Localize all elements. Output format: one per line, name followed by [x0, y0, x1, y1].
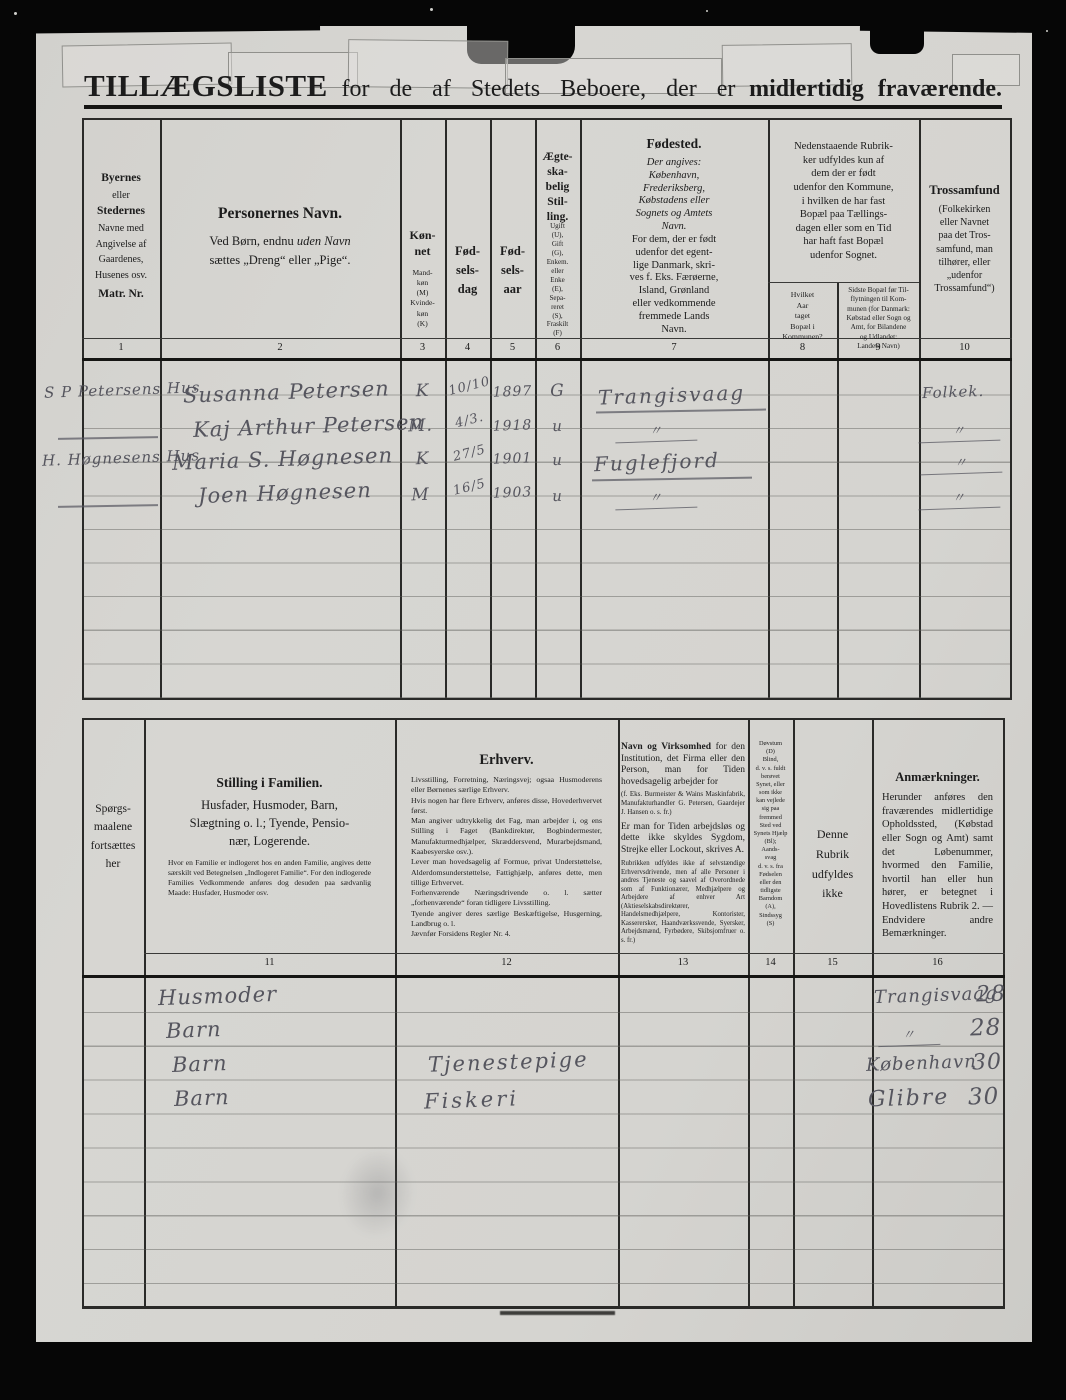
title-tail: midlertidig fraværende.: [749, 76, 1002, 103]
ruled-lines: [84, 362, 1010, 698]
entry-position: Barn: [166, 1017, 222, 1043]
header-col10-sub: (Folkekirken eller Navnet paa det Tros- …: [919, 203, 1010, 295]
ditto-mark: 〃: [878, 1023, 941, 1047]
ditto-mark: 〃: [615, 486, 698, 511]
column-number: 7: [580, 342, 768, 353]
header-col10-title: Trossamfund: [919, 183, 1010, 198]
entry-sex: K: [400, 380, 446, 402]
entry-birthyear: 1901: [490, 450, 536, 468]
entry-sex: M.: [398, 415, 444, 437]
column-number: 15: [793, 957, 872, 968]
table-border: [1003, 718, 1005, 1308]
pencil-smudge: [334, 1143, 421, 1243]
entry-sex: M: [398, 484, 444, 506]
entry-status: u: [535, 486, 581, 506]
entry-status: G: [535, 380, 581, 402]
title-lead: TILLÆGSLISTE: [84, 68, 328, 104]
title-middle: for de af Stedets Beboere, der er: [342, 76, 736, 103]
table-border: [1010, 118, 1012, 700]
entry-sex: K: [400, 448, 446, 470]
header-col6-title: Ægte- ska- belig Stil- ling.: [535, 150, 580, 225]
header-body-separator: [82, 358, 1012, 361]
header-col7-p1: Der angives: København, Frederiksberg, K…: [582, 157, 766, 234]
entry-status: u: [535, 416, 581, 436]
scanned-census-page: TILLÆGSLISTE for de af Stedets Beboere, …: [0, 0, 1066, 1400]
header-col8-9-group: Nedenstaaende Rubrik- ker udfyldes kun a…: [770, 140, 917, 263]
sidebar-note: Spørgs- maalene fortsættes her: [82, 800, 144, 874]
header-col3-title: Køn- net: [400, 228, 445, 259]
subheader-divider: [768, 282, 919, 283]
entry-remark-place: Glibre: [868, 1085, 950, 1113]
column-number: 16: [872, 957, 1003, 968]
column-number: 14: [748, 957, 793, 968]
table-border: [82, 698, 1012, 700]
header-col1: Byernes eller Stedernes Navne med Angive…: [84, 170, 158, 304]
printer-imprint: [500, 1311, 615, 1315]
header-col2: Personernes Navn. Ved Børn, endnu uden N…: [162, 205, 398, 270]
column-number: 12: [395, 957, 618, 968]
entry-remark-number: 30: [968, 1083, 1000, 1110]
header-col6-sub: Ugift (U), Gift (G), Enkem. eller Enke (…: [535, 222, 580, 338]
entry-position: Barn: [172, 1051, 228, 1077]
ditto-mark: 〃: [920, 451, 1003, 476]
entry-remark-number: 28: [970, 1014, 1002, 1041]
entry-birthyear: 1897: [490, 383, 536, 401]
header-col7-title: Fødested.: [582, 136, 766, 152]
column-number: 11: [144, 957, 395, 968]
column-number: 13: [618, 957, 748, 968]
header-col3-sub: Mand- køn (M) Kvinde- køn (K): [400, 268, 445, 329]
entry-occupation: Fiskeri: [424, 1086, 520, 1113]
header-col13: Navn og Virksomhed for den Institution, …: [621, 742, 745, 945]
header-col16: Anmærkninger. Herunder anføres den fravæ…: [874, 770, 1001, 941]
dust-speck: [14, 12, 17, 15]
entry-position: Husmoder: [158, 982, 278, 1010]
column-number: 8: [768, 342, 837, 353]
ditto-mark: 〃: [918, 419, 1001, 444]
title-rule: [84, 105, 1002, 109]
dust-speck: [430, 8, 433, 11]
entry-remark-place: København: [866, 1051, 977, 1076]
header-col5-title: Fød- sels- aar: [490, 242, 535, 298]
table-border: [82, 1306, 1005, 1309]
table-border: [82, 118, 1012, 120]
column-number: 6: [535, 342, 580, 353]
header-col8: Hvilket Aar taget Bopæl i Kommunen?: [768, 290, 837, 343]
table-border: [82, 718, 1005, 720]
entry-remark-number: 30: [972, 1049, 1003, 1075]
header-col4-title: Fød- sels- dag: [445, 242, 490, 298]
header-col7-p2: For dem, der er født udenfor det egent- …: [582, 234, 766, 336]
entry-faith: Folkek.: [922, 382, 985, 402]
ditto-mark: 〃: [918, 486, 1001, 511]
ditto-mark: 〃: [615, 419, 698, 444]
dust-speck: [706, 10, 708, 12]
column-number: 4: [445, 342, 490, 353]
torn-edge-notch: [870, 22, 924, 54]
entry-birthyear: 1903: [490, 484, 536, 502]
header-col11: Stilling i Familien. Husfader, Husmoder,…: [146, 775, 393, 897]
page-title: TILLÆGSLISTE for de af Stedets Beboere, …: [84, 68, 1002, 104]
entry-status: u: [535, 450, 581, 470]
column-number: 10: [919, 342, 1010, 353]
number-row-line: [144, 953, 1005, 954]
column-number: 9: [837, 342, 919, 353]
column-number: 2: [160, 342, 400, 353]
header-body-separator: [82, 975, 1005, 978]
entry-birthplace: Fuglefjord: [594, 448, 721, 476]
column-number: 5: [490, 342, 535, 353]
entry-birthplace: Trangisvaag: [598, 380, 746, 409]
column-number: 3: [400, 342, 445, 353]
dust-speck: [1046, 30, 1048, 32]
entry-remark-number: 28: [976, 981, 1007, 1007]
entry-position: Barn: [174, 1085, 230, 1111]
column-number: 1: [82, 342, 160, 353]
header-col12: Erhverv. Livsstilling, Forretning, Nærin…: [397, 752, 616, 940]
header-col14: Døvstum (D) Blind, d. v. s. fuldt berøve…: [748, 740, 793, 928]
entry-birthyear: 1918: [490, 417, 536, 435]
header-col15: Denne Rubrik udfyldes ikke: [793, 825, 872, 904]
